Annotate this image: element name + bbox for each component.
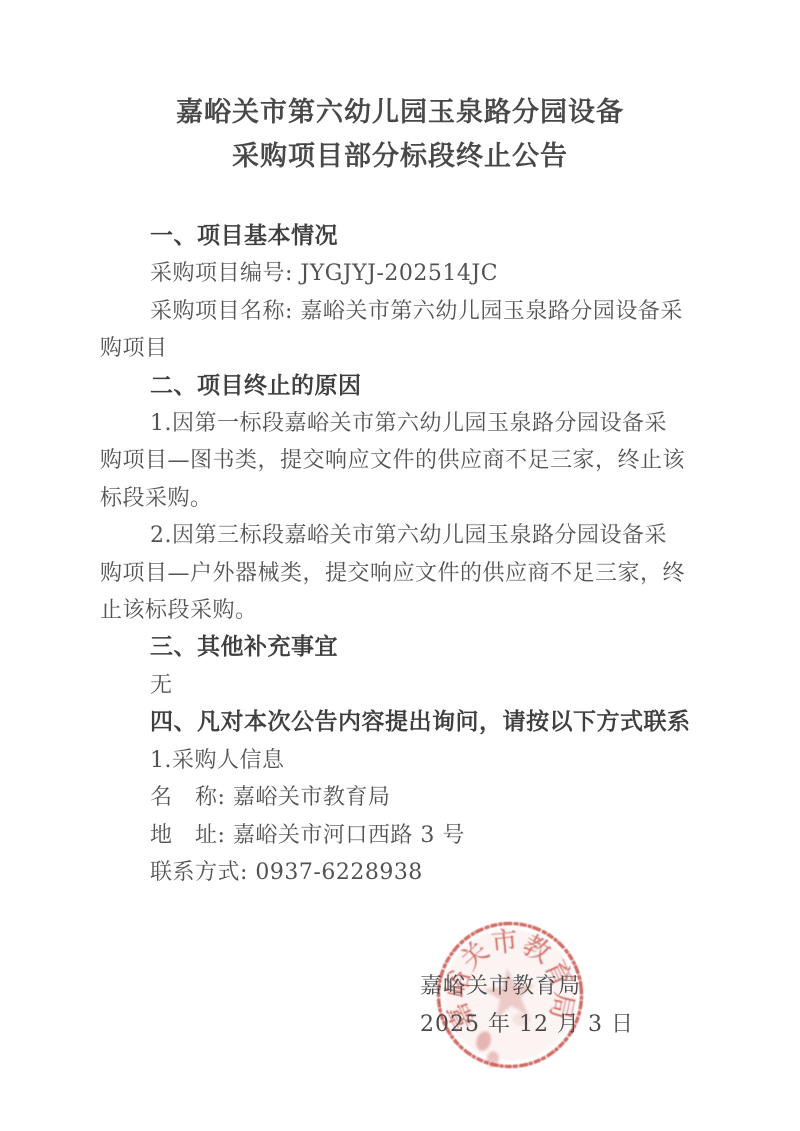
document-line: 1.采购人信息 <box>100 742 706 779</box>
document-line: 止该标段采购。 <box>100 592 706 629</box>
section-heading-4: 四、凡对本次公告内容提出询问，请按以下方式联系 <box>100 704 706 741</box>
signature-org: 嘉峪关市教育局 <box>420 968 634 1006</box>
document-line: 购项目 <box>100 330 706 367</box>
document-line: 地 址: 嘉峪关市河口西路 3 号 <box>100 817 706 854</box>
document-line: 2.因第三标段嘉峪关市第六幼儿园玉泉路分园设备采 <box>100 517 706 554</box>
svg-text:市: 市 <box>489 926 519 960</box>
section-heading-2: 二、项目终止的原因 <box>100 368 706 405</box>
document-title-line-2: 采购项目部分标段终止公告 <box>0 135 800 179</box>
document-body: 一、项目基本情况 采购项目编号: JYGJYJ-202514JC 采购项目名称:… <box>100 218 706 891</box>
signature-block: 嘉峪关市教育局 2025 年 12 月 3 日 <box>420 968 634 1044</box>
document-line: 联系方式: 0937-6228938 <box>100 854 706 891</box>
document-line: 名 称: 嘉峪关市教育局 <box>100 779 706 816</box>
announcement-page: 嘉峪关市第六幼儿园玉泉路分园设备 采购项目部分标段终止公告 一、项目基本情况 采… <box>0 0 800 1131</box>
document-line: 购项目—户外器械类，提交响应文件的供应商不足三家，终 <box>100 555 706 592</box>
document-title: 嘉峪关市第六幼儿园玉泉路分园设备 采购项目部分标段终止公告 <box>0 91 800 179</box>
document-line: 购项目—图书类，提交响应文件的供应商不足三家，终止该 <box>100 442 706 479</box>
document-line: 无 <box>100 667 706 704</box>
document-line: 采购项目编号: JYGJYJ-202514JC <box>100 255 706 292</box>
signature-date: 2025 年 12 月 3 日 <box>420 1006 634 1044</box>
section-heading-1: 一、项目基本情况 <box>100 218 706 255</box>
section-heading-3: 三、其他补充事宜 <box>100 629 706 666</box>
document-line: 采购项目名称: 嘉峪关市第六幼儿园玉泉路分园设备采 <box>100 293 706 330</box>
document-line: 1.因第一标段嘉峪关市第六幼儿园玉泉路分园设备采 <box>100 405 706 442</box>
document-line: 标段采购。 <box>100 480 706 517</box>
document-title-line-1: 嘉峪关市第六幼儿园玉泉路分园设备 <box>0 91 800 135</box>
